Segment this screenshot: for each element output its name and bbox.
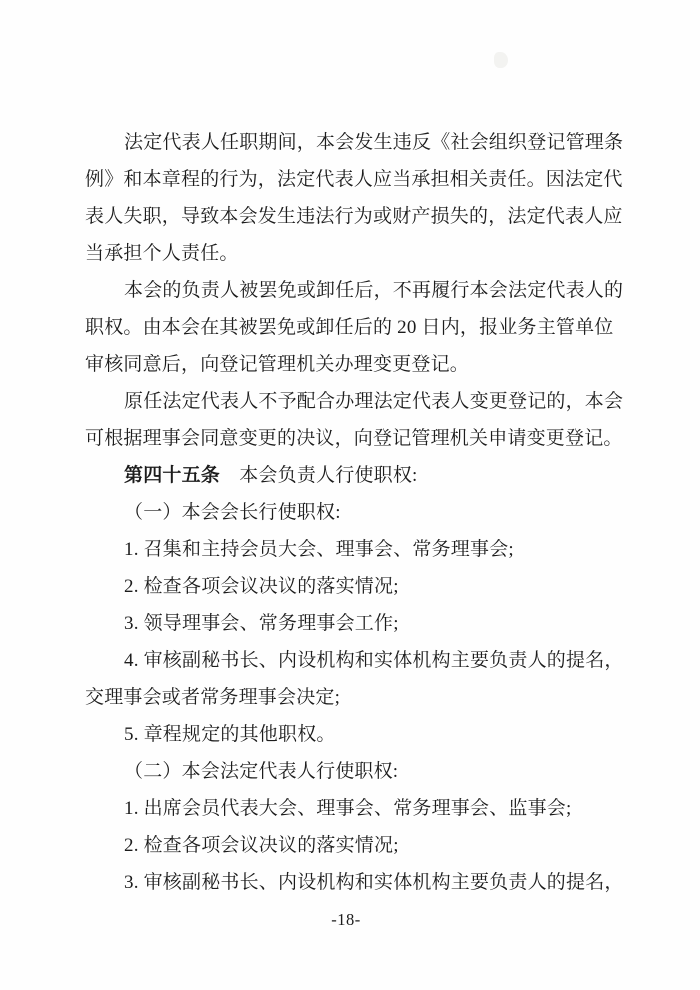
text-line: 5. 章程规定的其他职权。 [85, 716, 619, 753]
text-line: 原任法定代表人不予配合办理法定代表人变更登记的，本会 [85, 383, 619, 420]
text-line: 当承担个人责任。 [85, 235, 619, 272]
scan-smudge-artifact [494, 52, 508, 68]
text-line: 本会的负责人被罢免或卸任后，不再履行本会法定代表人的 [85, 272, 619, 309]
text-line: 表人失职，导致本会发生违法行为或财产损失的，法定代表人应 [85, 198, 619, 235]
text-line: 第四十五条 本会负责人行使职权: [85, 457, 619, 494]
text-line: 1. 出席会员代表大会、理事会、常务理事会、监事会; [85, 790, 619, 827]
text-line: （一）本会会长行使职权: [85, 494, 619, 531]
text-line: 审核同意后，向登记管理机关办理变更登记。 [85, 346, 619, 383]
text-line: 3. 领导理事会、常务理事会工作; [85, 605, 619, 642]
text-line: 职权。由本会在其被罢免或卸任后的 20 日内，报业务主管单位 [85, 309, 619, 346]
text-line: 例》和本章程的行为，法定代表人应当承担相关责任。因法定代 [85, 161, 619, 198]
text-line: 1. 召集和主持会员大会、理事会、常务理事会; [85, 531, 619, 568]
text-line: 法定代表人任职期间，本会发生违反《社会组织登记管理条 [85, 124, 619, 161]
document-body: 法定代表人任职期间，本会发生违反《社会组织登记管理条例》和本章程的行为，法定代表… [85, 124, 619, 901]
text-line: 交理事会或者常务理事会决定; [85, 679, 619, 716]
text-line: 2. 检查各项会议决议的落实情况; [85, 827, 619, 864]
text-line: 可根据理事会同意变更的决议，向登记管理机关申请变更登记。 [85, 420, 619, 457]
document-page: 法定代表人任职期间，本会发生违反《社会组织登记管理条例》和本章程的行为，法定代表… [0, 0, 700, 990]
article-number: 第四十五条 [124, 465, 220, 486]
text-line: 2. 检查各项会议决议的落实情况; [85, 568, 619, 605]
page-number: -18- [0, 910, 692, 930]
text-line: 3. 审核副秘书长、内设机构和实体机构主要负责人的提名， [85, 864, 619, 901]
text-line: 4. 审核副秘书长、内设机构和实体机构主要负责人的提名， [85, 642, 619, 679]
text-line: （二）本会法定代表人行使职权: [85, 753, 619, 790]
